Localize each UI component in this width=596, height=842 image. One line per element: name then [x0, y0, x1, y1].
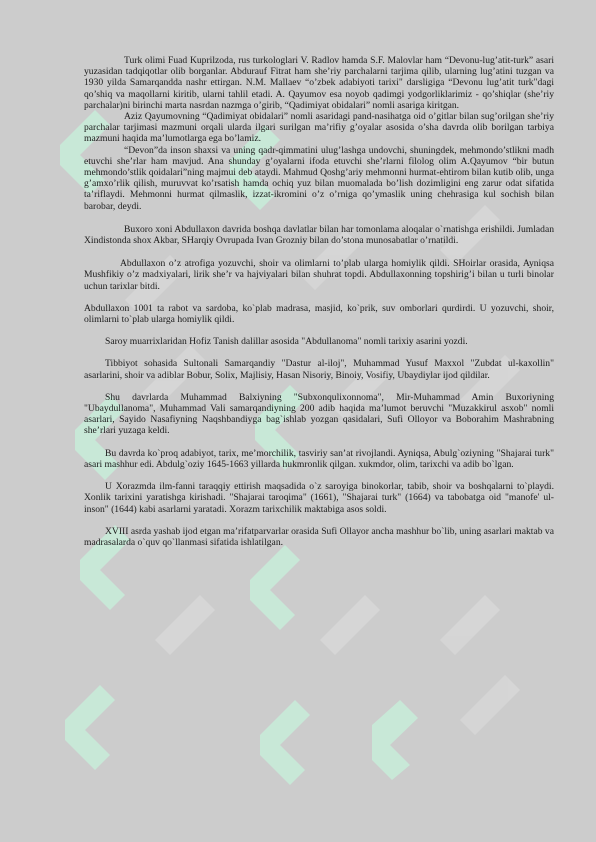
paragraph: XVIII asrda yashab ijod etgan ma’rifatpa… — [84, 526, 554, 548]
paragraph: Aziz Qayumovning “Qadimiyat obidalari” n… — [84, 111, 554, 145]
paragraph: Shu davrlarda Muhammad Balxiyning "Subxo… — [84, 392, 554, 437]
paragraph: Saroy muarrixlaridan Hofiz Tanish dalill… — [84, 336, 554, 347]
paragraph: U Xorazmda ilm-fanni taraqqiy ettirish m… — [84, 481, 554, 515]
paragraph: Bu davrda ko`proq adabiyot, tarix, me’mo… — [84, 448, 554, 470]
paragraph: Turk olimi Fuad Kuprilzoda, rus turkolog… — [84, 55, 554, 111]
paragraph: Abdullaxon 1001 ta rabot va sardoba, ko`… — [84, 303, 554, 325]
paragraph: “Devon”da inson shaxsi va uning qadr-qim… — [84, 145, 554, 212]
document-page: Turk olimi Fuad Kuprilzoda, rus turkolog… — [84, 55, 554, 548]
paragraph: Tibbiyot sohasida Sultonali Samarqandiy … — [84, 358, 554, 380]
paragraph: Buxoro xoni Abdullaxon davrida boshqa da… — [84, 224, 554, 246]
paragraph: Abdullaxon o’z atrofiga yozuvchi, shoir … — [84, 258, 554, 292]
